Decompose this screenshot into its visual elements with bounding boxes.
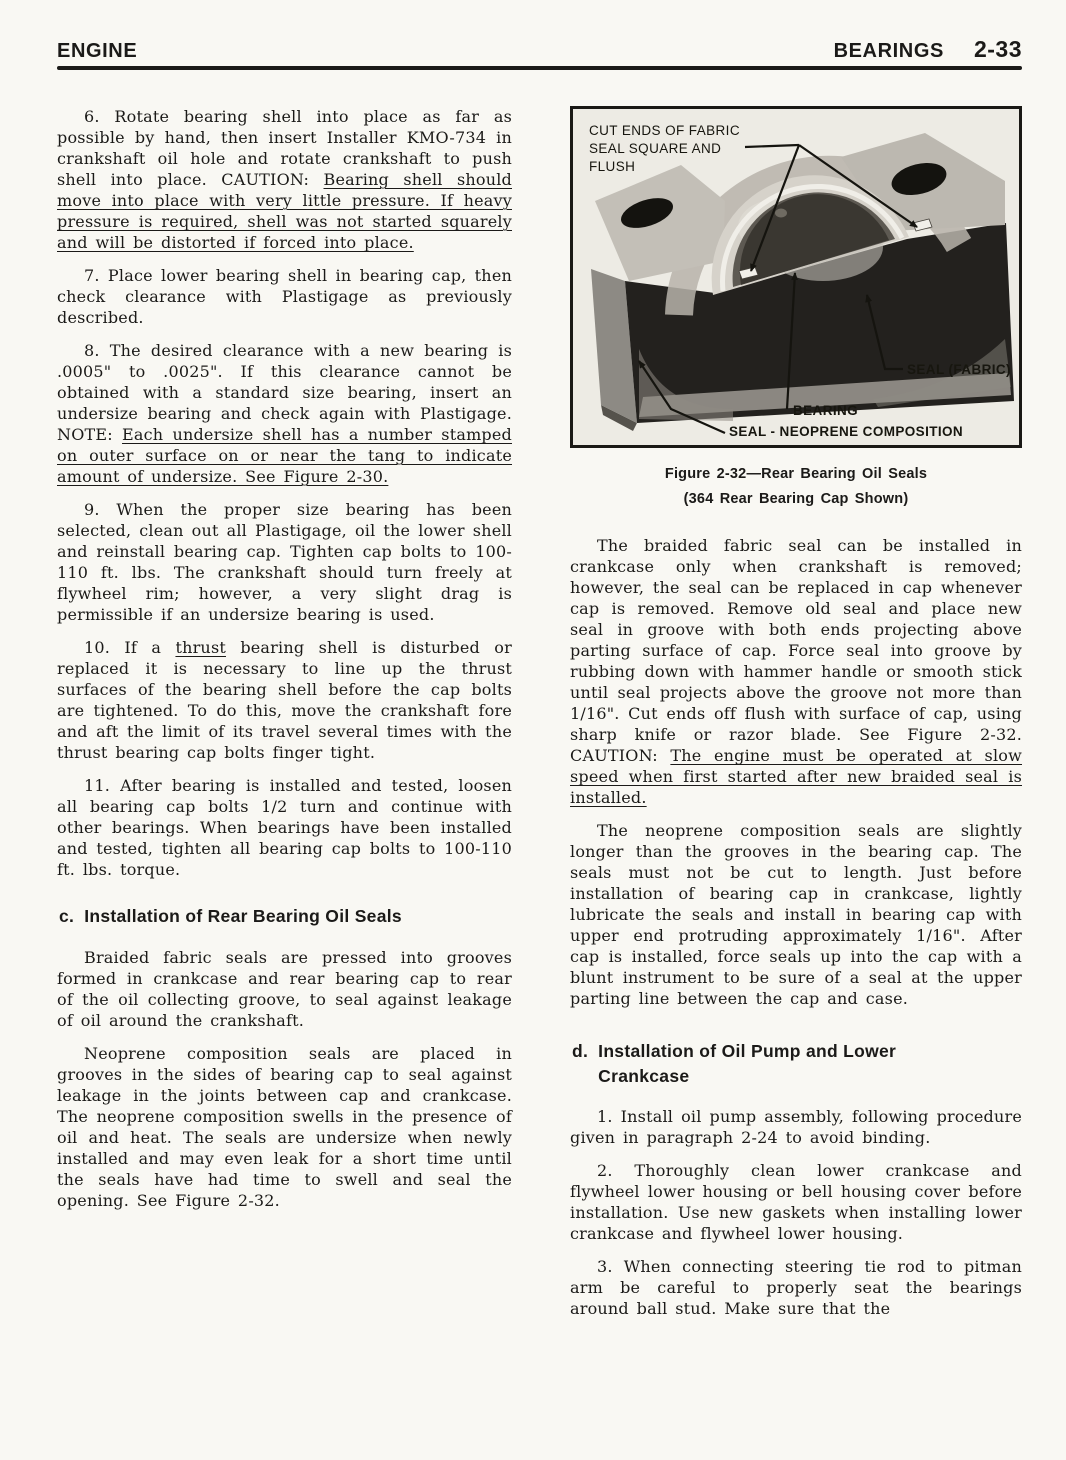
header-rule <box>57 66 1022 70</box>
step-9-text: 9. When the proper size bearing has been… <box>57 500 512 624</box>
paragraph-neoprene-seals: Neoprene composition seals are placed in… <box>57 1043 512 1211</box>
oilpump-step-2-text: 2. Thoroughly clean lower crankcase and … <box>570 1161 1022 1243</box>
two-column-layout: 6. Rotate bearing shell into place as fa… <box>57 106 1022 1331</box>
paragraph-step-11: 11. After bearing is installed and teste… <box>57 775 512 880</box>
figure-caption-line1: Figure 2-32—Rear Bearing Oil Seals <box>570 462 1022 487</box>
figure-caption: Figure 2-32—Rear Bearing Oil Seals (364 … <box>570 462 1022 511</box>
heading-d-label: d. <box>572 1039 588 1088</box>
braided-seals-text: Braided fabric seals are pressed into gr… <box>57 948 512 1030</box>
heading-d-text: Installation of Oil Pump and Lower Crank… <box>598 1039 948 1088</box>
heading-c-text: Installation of Rear Bearing Oil Seals <box>84 904 402 929</box>
right-column: CUT ENDS OF FABRIC SEAL SQUARE AND FLUSH… <box>570 106 1022 1331</box>
figure-label-cut-ends: CUT ENDS OF FABRIC SEAL SQUARE AND FLUSH <box>589 122 759 175</box>
paragraph-step-8: 8. The desired clearance with a new bear… <box>57 340 512 487</box>
paragraph-fabric-seal-install: The braided fabric seal can be installed… <box>570 535 1022 808</box>
figure-photo-frame: CUT ENDS OF FABRIC SEAL SQUARE AND FLUSH… <box>570 106 1022 448</box>
figure-label-seal-fabric: SEAL (FABRIC) <box>907 361 1011 379</box>
step-7-text: 7. Place lower bearing shell in bearing … <box>57 266 512 327</box>
figure-label-seal-neoprene: SEAL - NEOPRENE COMPOSITION <box>729 423 1009 441</box>
heading-c-label: c. <box>59 904 74 929</box>
step-8-note-text: Each undersize shell has a number stampe… <box>57 425 512 486</box>
figure-label-bearing: BEARING <box>793 402 858 420</box>
step-10-underlined-word: thrust <box>175 638 226 657</box>
paragraph-braided-seals: Braided fabric seals are pressed into gr… <box>57 947 512 1031</box>
paragraph-oilpump-step-2: 2. Thoroughly clean lower crankcase and … <box>570 1160 1022 1244</box>
figure-2-32: CUT ENDS OF FABRIC SEAL SQUARE AND FLUSH… <box>570 106 1022 511</box>
paragraph-oilpump-step-3: 3. When connecting steering tie rod to p… <box>570 1256 1022 1319</box>
page-header: ENGINE BEARINGS 2-33 <box>57 36 1022 63</box>
figure-caption-line2: (364 Rear Bearing Cap Shown) <box>570 487 1022 512</box>
neoprene-seals-text: Neoprene composition seals are placed in… <box>57 1044 512 1210</box>
paragraph-step-10: 10. If a thrust bearing shell is disturb… <box>57 637 512 763</box>
chapter-title: BEARINGS <box>834 40 944 63</box>
bearing-cap-illustration <box>591 133 1014 431</box>
heading-installation-rear-bearing-oil-seals: c. Installation of Rear Bearing Oil Seal… <box>59 904 512 929</box>
oilpump-step-1-text: 1. Install oil pump assembly, following … <box>570 1107 1022 1147</box>
heading-installation-oil-pump-lower-crankcase: d. Installation of Oil Pump and Lower Cr… <box>572 1039 1022 1088</box>
step-10-text-pre: 10. If a <box>84 638 175 657</box>
fabric-seal-install-text: The braided fabric seal can be installed… <box>570 536 1022 765</box>
manual-page: ENGINE BEARINGS 2-33 6. Rotate bearing s… <box>0 0 1066 1460</box>
left-column: 6. Rotate bearing shell into place as fa… <box>57 106 512 1331</box>
neoprene-seal-install-text: The neoprene composition seals are sligh… <box>570 821 1022 1008</box>
paragraph-step-7: 7. Place lower bearing shell in bearing … <box>57 265 512 328</box>
paragraph-step-6: 6. Rotate bearing shell into place as fa… <box>57 106 512 253</box>
section-title-left: ENGINE <box>57 40 137 63</box>
paragraph-oilpump-step-1: 1. Install oil pump assembly, following … <box>570 1106 1022 1148</box>
page-number: 2-33 <box>974 36 1022 63</box>
paragraph-neoprene-seal-install: The neoprene composition seals are sligh… <box>570 820 1022 1009</box>
section-title-right: BEARINGS 2-33 <box>834 36 1022 63</box>
step-11-text: 11. After bearing is installed and teste… <box>57 776 512 879</box>
oilpump-step-3-text: 3. When connecting steering tie rod to p… <box>570 1257 1022 1318</box>
paragraph-step-9: 9. When the proper size bearing has been… <box>57 499 512 625</box>
